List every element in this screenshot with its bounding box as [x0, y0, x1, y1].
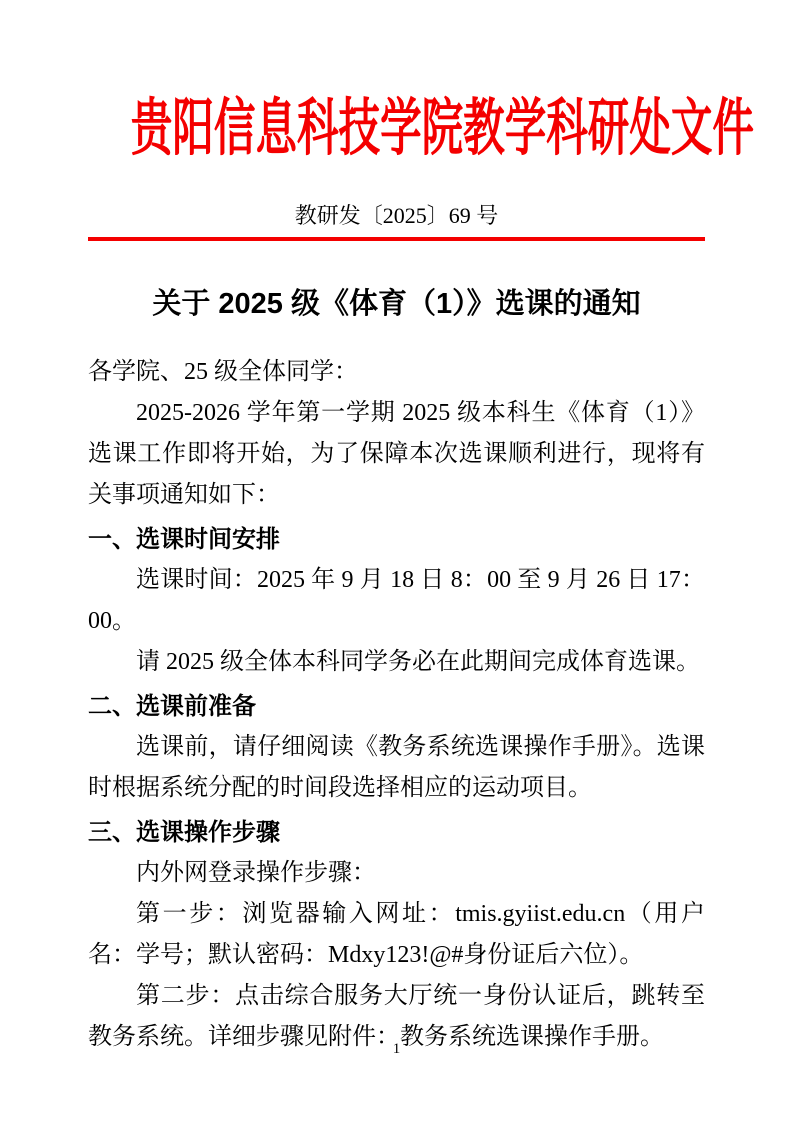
- notice-body: 各学院、25 级全体同学： 2025-2026 学年第一学期 2025 级本科生…: [88, 352, 705, 1058]
- red-letterhead-title: 贵阳信息科技学院教学科研处文件: [131, 96, 662, 162]
- section-1-paragraph-1: 选课时间：2025 年 9 月 18 日 8：00 至 9 月 26 日 17：…: [88, 560, 705, 642]
- document-page: 贵阳信息科技学院教学科研处文件 教研发〔2025〕69 号 关于 2025 级《…: [0, 0, 793, 1122]
- notice-title: 关于 2025 级《体育（1）》选课的通知: [0, 286, 793, 322]
- document-number: 教研发〔2025〕69 号: [0, 201, 793, 231]
- red-divider-line: [88, 237, 705, 241]
- salutation: 各学院、25 级全体同学：: [88, 352, 705, 393]
- section-1-paragraph-2: 请 2025 级全体本科同学务必在此期间完成体育选课。: [88, 642, 705, 683]
- page-number: 1: [0, 1040, 793, 1058]
- section-3-paragraph-1: 内外网登录操作步骤：: [88, 853, 705, 894]
- intro-paragraph: 2025-2026 学年第一学期 2025 级本科生《体育（1）》选课工作即将开…: [88, 393, 705, 516]
- section-2-heading: 二、选课前准备: [88, 686, 705, 727]
- section-1-heading: 一、选课时间安排: [88, 519, 705, 560]
- section-2-paragraph-1: 选课前，请仔细阅读《教务系统选课操作手册》。选课时根据系统分配的时间段选择相应的…: [88, 727, 705, 809]
- section-3-paragraph-2: 第一步：浏览器输入网址：tmis.gyiist.edu.cn（用户名：学号；默认…: [88, 894, 705, 976]
- section-3-heading: 三、选课操作步骤: [88, 812, 705, 853]
